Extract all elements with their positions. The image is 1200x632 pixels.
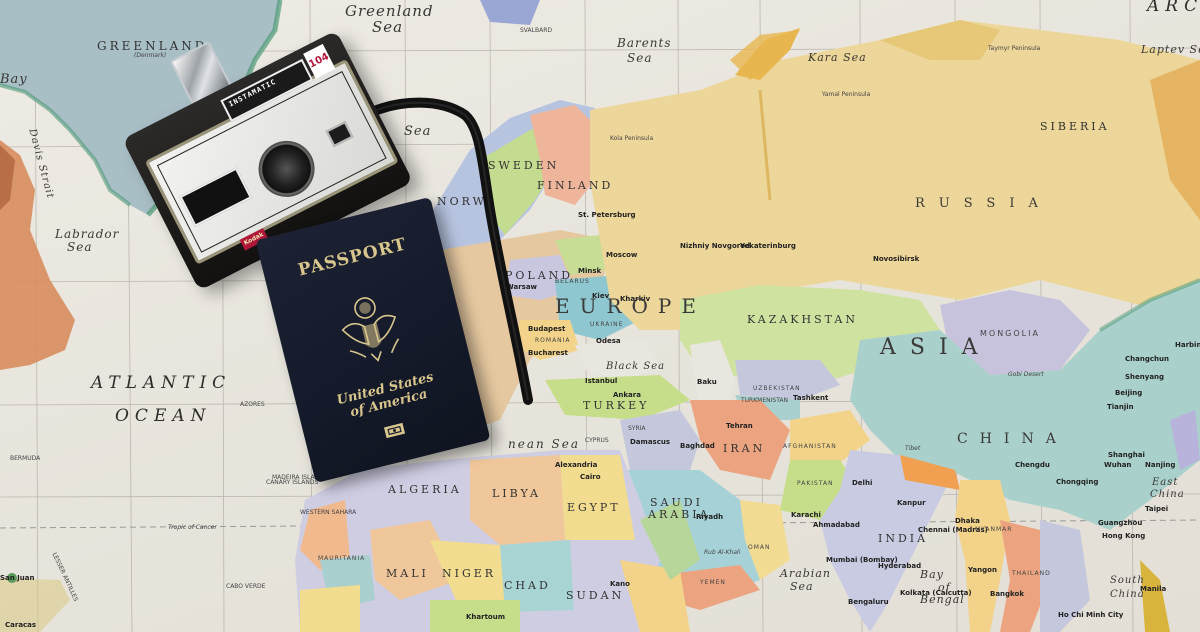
label-mongolia: MONGOLIA [980, 330, 1040, 338]
map-photo-scene: Greenland Sea GREENLAND (Denmark) Bay Da… [0, 0, 1200, 632]
label-russia: RUSSIA [915, 197, 1052, 210]
label-india: INDIA [878, 533, 928, 544]
label-bengaluru: Bengaluru [848, 599, 889, 606]
label-niger: NIGER [442, 568, 496, 579]
label-yekaterinburg: Yekaterinburg [740, 243, 796, 250]
label-turkmenistan: TURKMENISTAN [741, 398, 788, 404]
label-harbin: Harbin [1175, 342, 1200, 349]
label-bangkok: Bangkok [990, 591, 1024, 598]
label-arabian-sea-2: Sea [790, 581, 814, 592]
label-azores: AZORES [240, 402, 265, 408]
label-mediterranean: nean Sea [508, 438, 580, 450]
label-finland: FINLAND [537, 180, 613, 191]
label-baghdad: Baghdad [680, 443, 715, 450]
label-damascus: Damascus [630, 439, 670, 446]
label-moscow: Moscow [606, 252, 637, 259]
label-wuhan: Wuhan [1104, 462, 1131, 469]
label-warsaw: Warsaw [506, 284, 537, 291]
label-western-sahara: WESTERN SAHARA [300, 510, 356, 516]
label-chad: CHAD [504, 580, 551, 591]
label-pakistan: PAKISTAN [797, 481, 834, 487]
label-alexandria: Alexandria [555, 462, 597, 469]
label-tropic: Tropic of Cancer [168, 525, 217, 531]
label-gobi: Gobi Desert [1008, 372, 1044, 378]
biometric-chip-icon [383, 422, 405, 438]
label-turkey: TURKEY [583, 400, 649, 411]
label-baku: Baku [697, 379, 717, 386]
label-romania: ROMANIA [535, 338, 571, 344]
label-syria: SYRIA [628, 426, 646, 432]
label-uzbekistan: UZBEKISTAN [753, 386, 801, 392]
label-beijing: Beijing [1115, 390, 1142, 397]
label-st-petersburg: St. Petersburg [578, 212, 636, 219]
label-egypt: EGYPT [567, 502, 621, 513]
label-canary: CANARY ISLANDS [266, 480, 318, 486]
label-atlantic: ATLANTIC [91, 375, 231, 392]
label-ocean: OCEAN [115, 408, 212, 425]
label-caracas: Caracas [5, 622, 36, 629]
label-myanmar: MYANMAR [975, 527, 1012, 533]
label-greenland-sea: Greenland [345, 4, 434, 19]
label-thailand: THAILAND [1012, 571, 1051, 577]
label-cyprus: CYPRUS [585, 438, 609, 444]
label-shanghai: Nanjing [1145, 462, 1175, 469]
label-libya: LIBYA [492, 488, 541, 499]
label-east-china: East [1152, 478, 1178, 488]
label-bay-of-bengal-2: of [938, 582, 951, 593]
label-tibet: Tibet [905, 446, 920, 452]
label-shenyang: Shenyang [1125, 374, 1164, 381]
label-manila: Manila [1140, 586, 1166, 593]
label-cairo: Cairo [580, 474, 601, 481]
label-minsk: Minsk [578, 268, 601, 275]
label-ahmadabad: Ahmadabad [813, 522, 860, 529]
label-kanpur: Kanpur [897, 500, 926, 507]
label-bay-of-bengal-3: Bengal [920, 594, 965, 605]
label-guangzhou: Guangzhou [1098, 520, 1142, 527]
label-arctic: ARCTIC [1147, 0, 1200, 15]
label-east-china-2: China [1150, 490, 1185, 500]
label-bay: Bay [0, 73, 28, 86]
label-yemen: YEMEN [700, 580, 726, 586]
label-budapest: Budapest [528, 326, 565, 333]
passport-title: PASSPORT [263, 226, 442, 289]
label-dhaka: Dhaka [955, 518, 980, 525]
label-riyadh: Riyadh [696, 514, 723, 521]
label-chongqing: Chongqing [1056, 479, 1098, 486]
label-kara-sea: Kara Sea [808, 52, 867, 63]
label-europe: EUROPE [555, 296, 706, 316]
label-hong-kong: Hong Kong [1102, 533, 1145, 540]
label-ankara: Ankara [613, 392, 641, 399]
label-odesa: Odesa [596, 338, 621, 345]
label-sudan: SUDAN [566, 590, 624, 601]
label-yamal: Yamal Peninsula [822, 92, 870, 98]
label-laptev-sea: Laptev Sea [1141, 44, 1200, 55]
label-norwegian-sea: Sea [404, 125, 431, 138]
label-hyderabad: Hyderabad [878, 563, 921, 570]
label-hcmc: Ho Chi Minh City [1058, 612, 1123, 619]
label-afghanistan: AFGHANISTAN [783, 444, 837, 450]
label-siberia: SIBERIA [1040, 121, 1110, 132]
label-karachi: Karachi [791, 512, 821, 519]
label-mali: MALI [386, 568, 429, 579]
label-rub-al-khali: Rub Al-Khali [704, 550, 740, 556]
label-taymyr: Taymyr Peninsula [988, 46, 1040, 52]
label-kano: Khartoum [466, 614, 505, 621]
label-kazakhstan: KAZAKHSTAN [747, 314, 858, 325]
label-tehran: Tehran [726, 423, 753, 430]
label-ukraine: UKRAINE [590, 322, 623, 328]
label-bay-of-bengal: Bay [920, 569, 944, 580]
label-barents: Barents [617, 37, 672, 49]
label-iran: IRAN [723, 443, 765, 454]
label-china: CHINA [957, 432, 1068, 446]
label-norway: NORW [437, 196, 487, 207]
label-tianjin: Tianjin [1107, 404, 1134, 411]
label-yangon: Yangon [968, 567, 997, 574]
label-istanbul: Istanbul [585, 378, 617, 385]
label-khartoum: Kano [610, 581, 630, 588]
label-changchun: Changchun [1125, 356, 1169, 363]
label-tashkent: Tashkent [793, 395, 828, 402]
label-kola: Kola Peninsula [610, 136, 653, 142]
label-novosibirsk: Novosibirsk [873, 256, 919, 263]
label-bucharest: Bucharest [528, 350, 568, 357]
label-greenland-sea-2: Sea [372, 20, 403, 35]
label-labrador-sea-2: Sea [67, 241, 92, 253]
passport-country: United States of America [296, 360, 478, 433]
label-delhi: Delhi [852, 480, 872, 487]
label-black-sea: Black Sea [606, 362, 665, 372]
eagle-seal-icon [328, 286, 413, 373]
label-taipei: Taipei [1145, 506, 1168, 513]
label-cabo-verde: CABO VERDE [226, 584, 265, 590]
label-sweden: SWEDEN [488, 160, 559, 171]
label-svalbard: SVALBARD [520, 28, 552, 34]
label-mauritania: MAURITANIA [318, 556, 365, 562]
label-barents-2: Sea [627, 52, 652, 64]
label-nanjing: Shanghai [1108, 452, 1145, 459]
label-oman: OMAN [748, 545, 771, 551]
label-saudi: SAUDI [650, 497, 703, 508]
label-belarus: BELARUS [555, 279, 590, 285]
label-labrador-sea: Labrador [55, 228, 119, 240]
label-bermuda: BERMUDA [10, 456, 40, 462]
label-asia: ASIA [880, 337, 992, 359]
label-arabian-sea: Arabian [780, 568, 831, 579]
label-algeria: ALGERIA [388, 484, 462, 495]
label-chengdu: Chengdu [1015, 462, 1050, 469]
label-greenland-denmark: (Denmark) [134, 53, 166, 59]
label-san-juan: San Juan [0, 575, 34, 582]
